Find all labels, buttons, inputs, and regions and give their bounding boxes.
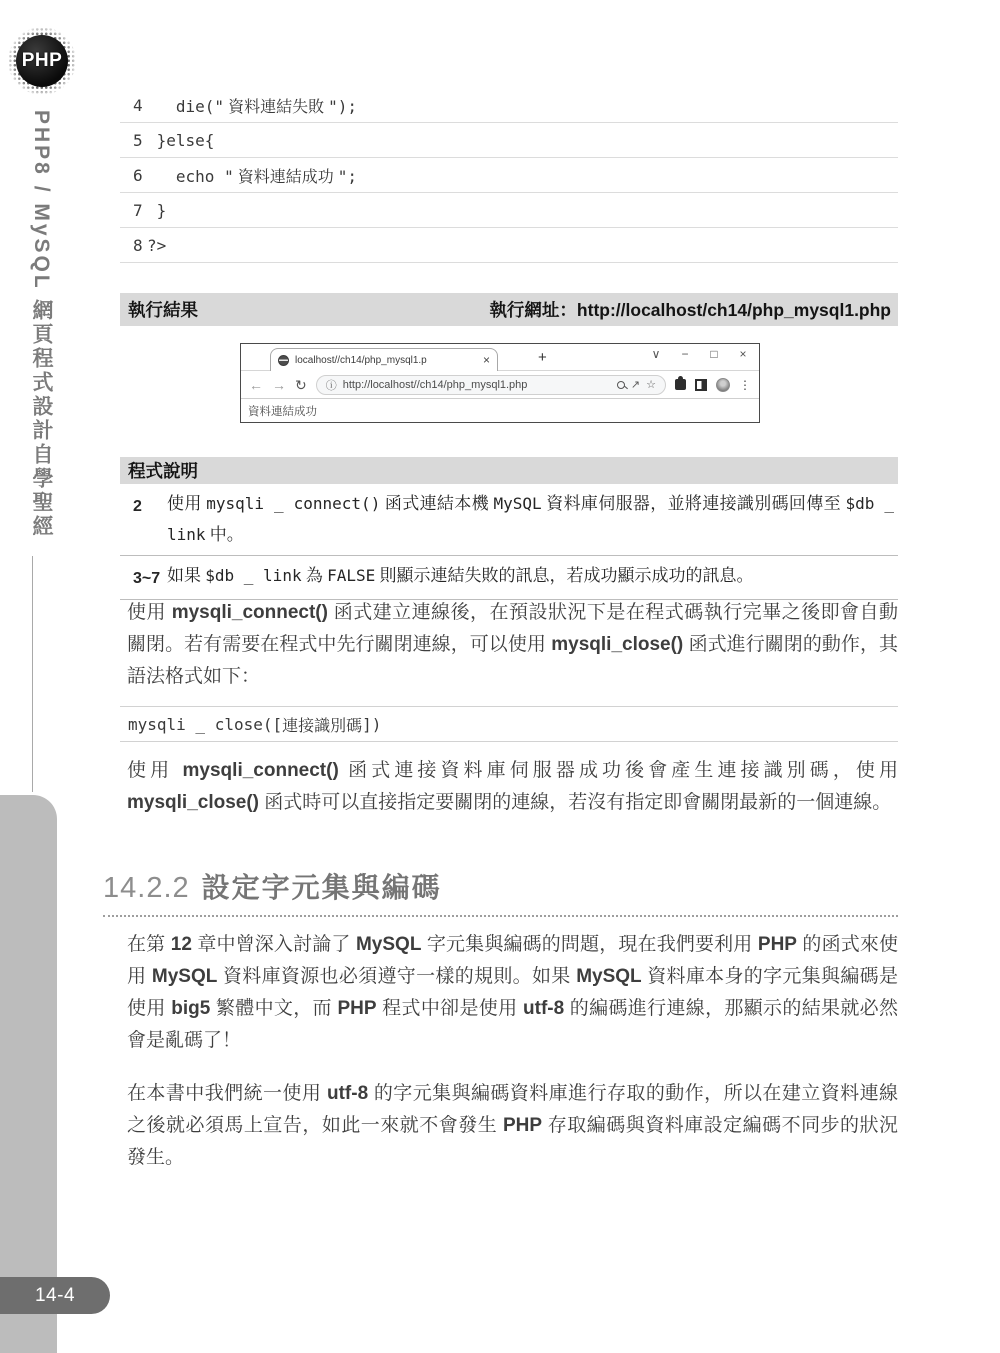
sidebar-divider [32, 556, 33, 792]
browser-page-text: 資料連結成功 [248, 403, 317, 419]
info-icon: ⓘ [326, 377, 337, 393]
tab-close-icon: × [483, 354, 490, 366]
window-controls: ∨ − □ × [650, 347, 749, 361]
section-number: 14.2.2 [103, 872, 190, 905]
book-title-vertical: PHP8 / MySQL 網頁程式設計自學聖經 [10, 110, 56, 580]
menu-icon: ⋮ [739, 378, 751, 392]
browser-toolbar: ← → ↻ ⓘ http://localhost//ch14/php_mysql… [241, 371, 759, 399]
php-logo-text: PHP [22, 50, 63, 72]
paragraph: 使用 mysqli_connect() 函式建立連線後，在預設狀況下是在程式碼執… [127, 597, 898, 693]
row-text: 如果 $db _ link 為 FALSE 則顯示連結失敗的訊息，若成功顯示成功… [167, 560, 898, 594]
close-icon: × [737, 347, 749, 361]
share-icon: ↗ [631, 378, 640, 391]
code-line: 4 die(" 資料連結失敗 "); [120, 88, 898, 123]
code-text: } [147, 201, 166, 220]
profile-avatar [716, 378, 730, 392]
explanation-table: 程式說明 2 使用 mysqli _ connect() 函式連結本機 MySQ… [120, 457, 898, 600]
paragraph: 使用 mysqli_connect() 函式連接資料庫伺服器成功後會產生連接識別… [127, 755, 898, 819]
paragraph: 在第 12 章中曾深入討論了 MySQL 字元集與編碼的問題，現在我們要利用 P… [127, 929, 898, 1057]
paragraph: 在本書中我們統一使用 utf-8 的字元集與編碼資料庫進行存取的動作，所以在建立… [127, 1078, 898, 1174]
explanation-row: 2 使用 mysqli _ connect() 函式連結本機 MySQL 資料庫… [120, 484, 898, 556]
zoom-icon [617, 381, 625, 389]
code-line: 7 } [120, 193, 898, 228]
chevron-down-icon: ∨ [650, 347, 662, 361]
line-number: 4 [120, 96, 147, 115]
syntax-code-block: mysqli _ close([ 連接識別碼 ]) [120, 706, 898, 742]
line-number: 5 [120, 131, 147, 150]
maximize-icon: □ [708, 347, 720, 361]
back-icon: ← [249, 378, 263, 392]
result-header-bar: 執行結果 執行網址：http://localhost/ch14/php_mysq… [120, 293, 898, 326]
page-number: 14-4 [35, 1285, 75, 1307]
forward-icon: → [272, 378, 286, 392]
code-text: die(" 資料連結失敗 "); [147, 94, 357, 117]
side-panel-icon [695, 379, 707, 391]
php-logo-disc: PHP [16, 35, 68, 87]
section-heading: 14.2.2 設定字元集與編碼 [103, 866, 898, 917]
minimize-icon: − [679, 347, 691, 361]
tab-title: localhost//ch14/php_mysql1.p [295, 355, 477, 366]
new-tab-icon: + [538, 349, 547, 366]
reload-icon: ↻ [295, 378, 307, 392]
result-url-label: 執行網址：http://localhost/ch14/php_mysql1.ph… [489, 297, 891, 322]
code-line: 8 ?> [120, 228, 898, 263]
extensions-icon [675, 379, 686, 390]
code-text: }else{ [147, 131, 214, 150]
php-logo: PHP [8, 27, 76, 95]
bookmark-star-icon: ☆ [646, 378, 656, 391]
globe-icon [278, 355, 289, 366]
row-line-ref: 2 [120, 488, 167, 550]
line-number: 7 [120, 201, 147, 220]
address-bar: ⓘ http://localhost//ch14/php_mysql1.php … [316, 375, 666, 395]
explanation-row: 3~7 如果 $db _ link 為 FALSE 則顯示連結失敗的訊息，若成功… [120, 556, 898, 600]
browser-tab: localhost//ch14/php_mysql1.p × [270, 348, 498, 371]
url-text: http://localhost//ch14/php_mysql1.php [343, 379, 611, 391]
book-page: PHP PHP8 / MySQL 網頁程式設計自學聖經 14-4 4 die("… [0, 0, 1000, 1353]
line-number: 6 [120, 166, 147, 185]
explanation-header-label: 程式說明 [128, 458, 198, 483]
code-line: 6 echo " 資料連結成功 "; [120, 158, 898, 193]
row-line-ref: 3~7 [120, 560, 167, 594]
code-text: echo " 資料連結成功 "; [147, 164, 357, 187]
section-title: 設定字元集與編碼 [202, 866, 442, 906]
browser-tabstrip: localhost//ch14/php_mysql1.p × + ∨ − □ × [241, 344, 759, 371]
result-label: 執行結果 [128, 297, 198, 322]
code-listing: 4 die(" 資料連結失敗 "); 5 }else{ 6 echo " 資料連… [120, 88, 898, 263]
explanation-header: 程式說明 [120, 457, 898, 484]
page-number-badge: 14-4 [0, 1277, 110, 1314]
browser-screenshot: localhost//ch14/php_mysql1.p × + ∨ − □ ×… [240, 343, 760, 423]
chapter-thumb-tab [0, 795, 57, 1353]
code-line: 5 }else{ [120, 123, 898, 158]
line-number: 8 [120, 236, 147, 255]
row-text: 使用 mysqli _ connect() 函式連結本機 MySQL 資料庫伺服… [167, 488, 898, 550]
browser-page-content: 資料連結成功 [241, 399, 759, 423]
code-text: ?> [147, 236, 166, 255]
